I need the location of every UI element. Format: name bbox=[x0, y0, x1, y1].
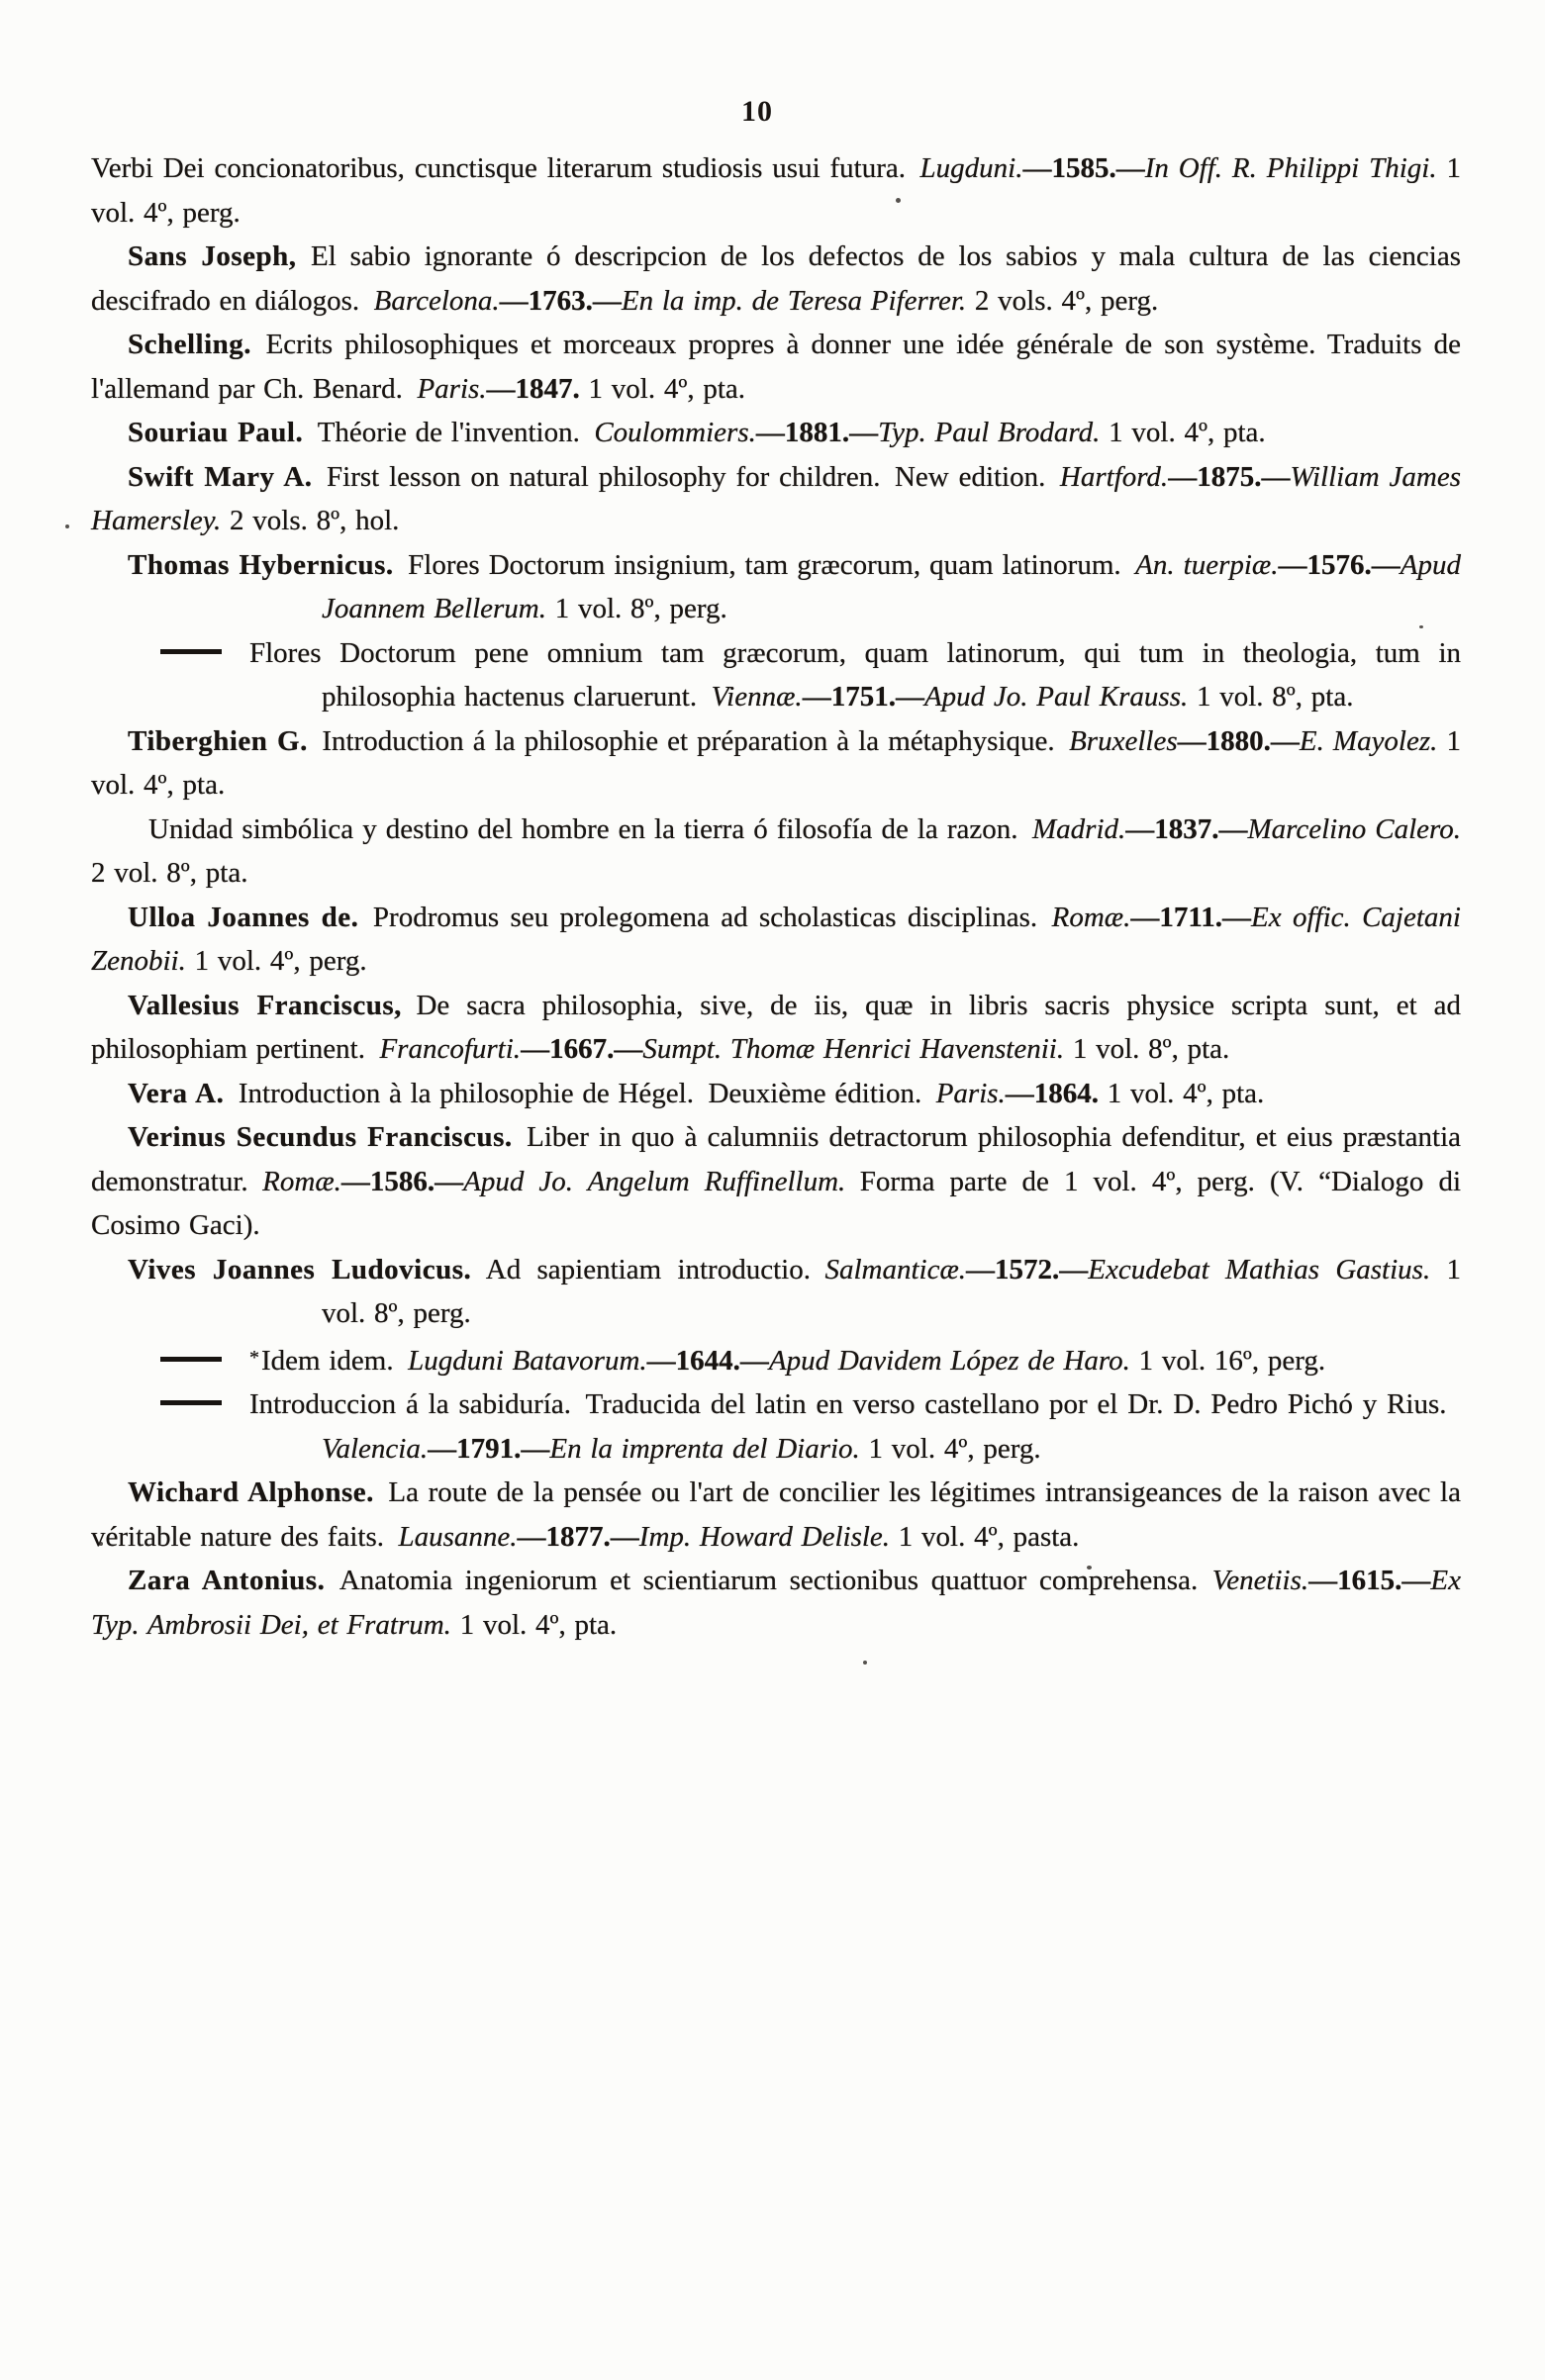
entry-text: 1 vol. 8º, pta. bbox=[1188, 681, 1353, 713]
entry-text: Introduccion á la sabiduría. Traducida d… bbox=[249, 1388, 1461, 1420]
entry-imprint: Bruxelles bbox=[1069, 725, 1178, 757]
entry-imprint: Madrid. bbox=[1032, 813, 1125, 845]
entry-text: Anatomia ingeniorum et scientiarum secti… bbox=[325, 1565, 1211, 1596]
author-repeat-dash bbox=[160, 649, 222, 654]
entry-imprint: Romæ. bbox=[262, 1166, 341, 1197]
entry-imprint: Coulommiers. bbox=[594, 417, 756, 448]
entry-year: —1837.— bbox=[1125, 813, 1247, 845]
entry-text: 1 vol. 4º, perg. bbox=[186, 945, 367, 977]
entry-schelling: Schelling. Ecrits philosophiques et morc… bbox=[91, 323, 1461, 411]
scanned-book-page: 10 Verbi Dei concionatoribus, cunctisque… bbox=[0, 0, 1545, 2380]
entry-vives-idem-idem: *Idem idem. Lugduni Batavorum.—1644.—Apu… bbox=[91, 1336, 1461, 1383]
ink-speck bbox=[65, 524, 69, 528]
ink-speck bbox=[99, 1542, 103, 1546]
entry-imprint: Typ. Paul Brodard. bbox=[878, 417, 1100, 448]
entry-text: 1 vol. 4º, perg. bbox=[860, 1433, 1041, 1465]
entry-text: Prodromus seu prolegomena ad scholastica… bbox=[358, 902, 1051, 933]
entry-text: Verbi Dei concionatoribus, cunctisque li… bbox=[91, 152, 920, 184]
entry-swift-mary-a: Swift Mary A. First lesson on natural ph… bbox=[91, 455, 1461, 543]
entry-imprint: An. tuerpiæ. bbox=[1135, 549, 1278, 581]
entry-vallesius-franciscus: Vallesius Franciscus, De sacra philosoph… bbox=[91, 984, 1461, 1072]
entry-text: Ecrits philosophiques et morceaux propre… bbox=[91, 329, 1461, 405]
entry-year: —1576.— bbox=[1279, 549, 1400, 581]
entry-imprint: Paris. bbox=[417, 373, 486, 405]
entry-year: —1864. bbox=[1006, 1078, 1099, 1109]
entry-imprint: Hartford. bbox=[1060, 461, 1168, 493]
entry-vera-a: Vera A. Introduction à la philosophie de… bbox=[91, 1072, 1461, 1116]
entry-imprint: Viennæ. bbox=[712, 681, 803, 713]
entry-text: 1 vol. 4º, pta. bbox=[1100, 417, 1265, 448]
entry-author-name: Vera A. bbox=[128, 1078, 224, 1109]
ink-speck bbox=[863, 1661, 867, 1665]
entry-text: 2 vols. 8º, hol. bbox=[221, 505, 399, 536]
entry-text: 2 vols. 4º, perg. bbox=[966, 285, 1158, 317]
entry-author-name: Thomas Hybernicus. bbox=[128, 549, 394, 581]
entry-imprint: En la imp. de Teresa Piferrer. bbox=[622, 285, 966, 317]
entry-imprint: Sumpt. Thomæ Henrici Havenstenii. bbox=[642, 1033, 1064, 1065]
entry-imprint: Marcelino Calero. bbox=[1248, 813, 1462, 845]
entry-imprint: Valencia. bbox=[322, 1433, 428, 1465]
entry-imprint: Paris. bbox=[936, 1078, 1006, 1109]
entry-year: —1880.— bbox=[1178, 725, 1300, 757]
entry-year: —1847. bbox=[487, 373, 580, 405]
catalog-entries: Verbi Dei concionatoribus, cunctisque li… bbox=[91, 146, 1461, 1647]
entry-text: 1 vol. 8º, pta. bbox=[1064, 1033, 1229, 1065]
entry-text: Unidad simbólica y destino del hombre en… bbox=[148, 813, 1032, 845]
entry-text: Introduction á la philosophie et prépara… bbox=[308, 725, 1069, 757]
entry-verbi-dei-continuation: Verbi Dei concionatoribus, cunctisque li… bbox=[91, 146, 1461, 235]
entry-text: 1 vol. 8º, perg. bbox=[546, 593, 727, 624]
entry-vives-joannes-ludovicus: Vives Joannes Ludovicus. Ad sapientiam i… bbox=[91, 1248, 1461, 1336]
entry-imprint: En la imprenta del Diario. bbox=[549, 1433, 859, 1465]
entry-imprint: Lausanne. bbox=[399, 1521, 518, 1553]
entry-author-name: Sans Joseph, bbox=[128, 240, 297, 272]
entry-souriau-paul: Souriau Paul. Théorie de l'invention. Co… bbox=[91, 411, 1461, 455]
entry-imprint: Lugduni. bbox=[920, 152, 1023, 184]
entry-text: 2 vol. 8º, pta. bbox=[91, 857, 247, 889]
entry-text: Ad sapientiam introductio. bbox=[471, 1254, 824, 1285]
entry-text: Idem idem. bbox=[261, 1345, 408, 1377]
entry-imprint: Francofurti. bbox=[379, 1033, 521, 1065]
entry-imprint: Venetiis. bbox=[1212, 1565, 1308, 1596]
entry-thomas-hybernicus-flores-2: Flores Doctorum pene omnium tam græcorum… bbox=[91, 631, 1461, 719]
entry-author-name: Vallesius Franciscus, bbox=[128, 990, 402, 1021]
entry-author-name: Verinus Secundus Franciscus. bbox=[128, 1121, 513, 1153]
entry-imprint: Apud Davidem López de Haro. bbox=[769, 1345, 1130, 1377]
entry-year: —1711.— bbox=[1130, 902, 1251, 933]
entry-imprint: Apud Jo. Paul Krauss. bbox=[924, 681, 1188, 713]
entry-author-name: Ulloa Joannes de. bbox=[128, 902, 358, 933]
entry-tiberghien-g: Tiberghien G. Introduction á la philosop… bbox=[91, 719, 1461, 808]
entry-year: —1586.— bbox=[341, 1166, 463, 1197]
entry-imprint: Imp. Howard Delisle. bbox=[639, 1521, 890, 1553]
entry-year: —1751.— bbox=[803, 681, 924, 713]
entry-year: —1585.— bbox=[1022, 152, 1144, 184]
entry-zara-antonius: Zara Antonius. Anatomia ingeniorum et sc… bbox=[91, 1559, 1461, 1647]
entry-text: Théorie de l'invention. bbox=[303, 417, 594, 448]
entry-year: —1763.— bbox=[500, 285, 622, 317]
entry-author-name: Zara Antonius. bbox=[128, 1565, 325, 1596]
entry-sans-joseph: Sans Joseph, El sabio ignorante ó descri… bbox=[91, 235, 1461, 323]
entry-imprint: Apud Jo. Angelum Ruffinellum. bbox=[463, 1166, 845, 1197]
entry-imprint: Romæ. bbox=[1052, 902, 1131, 933]
ink-speck bbox=[896, 198, 901, 203]
entry-verinus-secundus-franciscus: Verinus Secundus Franciscus. Liber in qu… bbox=[91, 1115, 1461, 1248]
entry-text: First lesson on natural philosophy for c… bbox=[313, 461, 1060, 493]
entry-thomas-hybernicus: Thomas Hybernicus. Flores Doctorum insig… bbox=[91, 543, 1461, 631]
entry-text: 1 vol. 16º, perg. bbox=[1130, 1345, 1325, 1377]
entry-text: 1 vol. 4º, pta. bbox=[580, 373, 745, 405]
entry-imprint: Lugduni Batavorum. bbox=[408, 1345, 647, 1377]
entry-author-name: Souriau Paul. bbox=[128, 417, 303, 448]
page-number: 10 bbox=[0, 95, 1514, 129]
entry-year: —1572.— bbox=[966, 1254, 1088, 1285]
entry-year: —1644.— bbox=[647, 1345, 769, 1377]
footnote-star: * bbox=[249, 1347, 259, 1369]
author-repeat-dash bbox=[160, 1357, 222, 1362]
ink-speck bbox=[1419, 625, 1423, 628]
entry-wichard-alphonse: Wichard Alphonse. La route de la pensée … bbox=[91, 1471, 1461, 1559]
entry-imprint: Salmanticæ. bbox=[824, 1254, 966, 1285]
entry-year: —1615.— bbox=[1308, 1565, 1430, 1596]
entry-text: 1 vol. 4º, pasta. bbox=[890, 1521, 1079, 1553]
entry-author-name: Swift Mary A. bbox=[128, 461, 313, 493]
entry-ulloa-joannes-de: Ulloa Joannes de. Prodromus seu prolegom… bbox=[91, 896, 1461, 984]
entry-text: Flores Doctorum insignium, tam græcorum,… bbox=[394, 549, 1135, 581]
entry-year: —1667.— bbox=[521, 1033, 642, 1065]
entry-imprint: Excudebat Mathias Gastius. bbox=[1088, 1254, 1430, 1285]
entry-imprint: E. Mayolez. bbox=[1300, 725, 1438, 757]
entry-author-name: Schelling. bbox=[128, 329, 251, 360]
entry-author-name: Vives Joannes Ludovicus. bbox=[128, 1254, 471, 1285]
entry-author-name: Wichard Alphonse. bbox=[128, 1476, 374, 1508]
entry-year: —1881.— bbox=[756, 417, 878, 448]
entry-text: 1 vol. 4º, pta. bbox=[451, 1609, 617, 1641]
entry-year: —1791.— bbox=[428, 1433, 549, 1465]
entry-tiberghien-unidad: Unidad simbólica y destino del hombre en… bbox=[91, 808, 1461, 896]
entry-imprint: Barcelona. bbox=[374, 285, 500, 317]
entry-imprint: In Off. R. Philippi Thigi. bbox=[1145, 152, 1437, 184]
ink-speck bbox=[1087, 1566, 1092, 1570]
entry-year: —1875.— bbox=[1168, 461, 1290, 493]
entry-text: 1 vol. 4º, pta. bbox=[1099, 1078, 1264, 1109]
entry-text: Introduction à la philosophie de Hégel. … bbox=[224, 1078, 935, 1109]
author-repeat-dash bbox=[160, 1400, 222, 1405]
entry-author-name: Tiberghien G. bbox=[128, 725, 308, 757]
entry-vives-introduccion: Introduccion á la sabiduría. Traducida d… bbox=[91, 1382, 1461, 1471]
entry-year: —1877.— bbox=[518, 1521, 639, 1553]
